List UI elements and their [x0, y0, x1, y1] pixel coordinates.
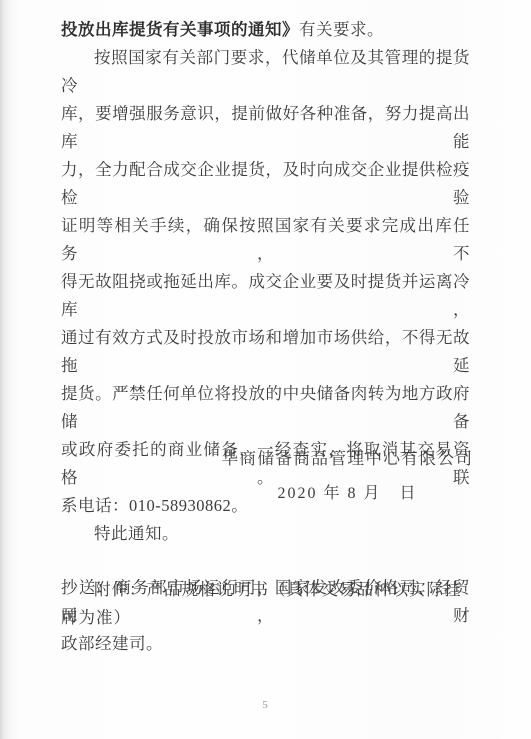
cc-line: 抄送：商务部市场运行司，国家发改委价格司、经贸司，财	[61, 574, 470, 630]
document-body: 投放出库提货有关事项的通知》有关要求。 按照国家有关部门要求，代储单位及其管理的…	[61, 16, 470, 632]
cc-line: 政部经建司。	[61, 630, 470, 658]
paragraph-line: 得无故阻挠或拖延出库。成交企业要及时提货并运离冷库，	[61, 268, 470, 324]
page-number: 5	[0, 699, 531, 711]
document-page: 投放出库提货有关事项的通知》有关要求。 按照国家有关部门要求，代储单位及其管理的…	[0, 0, 531, 739]
signature-company-name: 华商储备商品管理中心有限公司	[160, 448, 531, 470]
paragraph-line: 力，全力配合成交企业提货，及时向成交企业提供检疫检验	[61, 156, 470, 212]
opening-line-regular-fragment: 有关要求。	[299, 20, 384, 39]
cc-block: 抄送：商务部市场运行司，国家发改委价格司、经贸司，财 政部经建司。	[61, 574, 470, 658]
paragraph-line: 通过有效方式及时投放市场和增加市场供给，不得无故拖延	[61, 324, 470, 380]
signature-block: 华商储备商品管理中心有限公司 2020 年 8 月 日	[160, 448, 531, 505]
paragraph-line: 库，要增强服务意识，提前做好各种准备，努力提高出库能	[61, 100, 470, 156]
signature-date: 2020 年 8 月 日	[160, 483, 531, 505]
opening-line-bold-title-fragment: 投放出库提货有关事项的通知》	[61, 20, 299, 39]
paragraph-line: 提货。严禁任何单位将投放的中央储备肉转为地方政府储备	[61, 380, 470, 436]
closing-line: 特此通知。	[61, 520, 470, 548]
paragraph-line: 证明等相关手续，确保按照国家有关要求完成出库任务，不	[61, 212, 470, 268]
opening-line: 投放出库提货有关事项的通知》有关要求。	[61, 16, 470, 44]
paragraph-line: 按照国家有关部门要求，代储单位及其管理的提货冷	[61, 44, 470, 100]
